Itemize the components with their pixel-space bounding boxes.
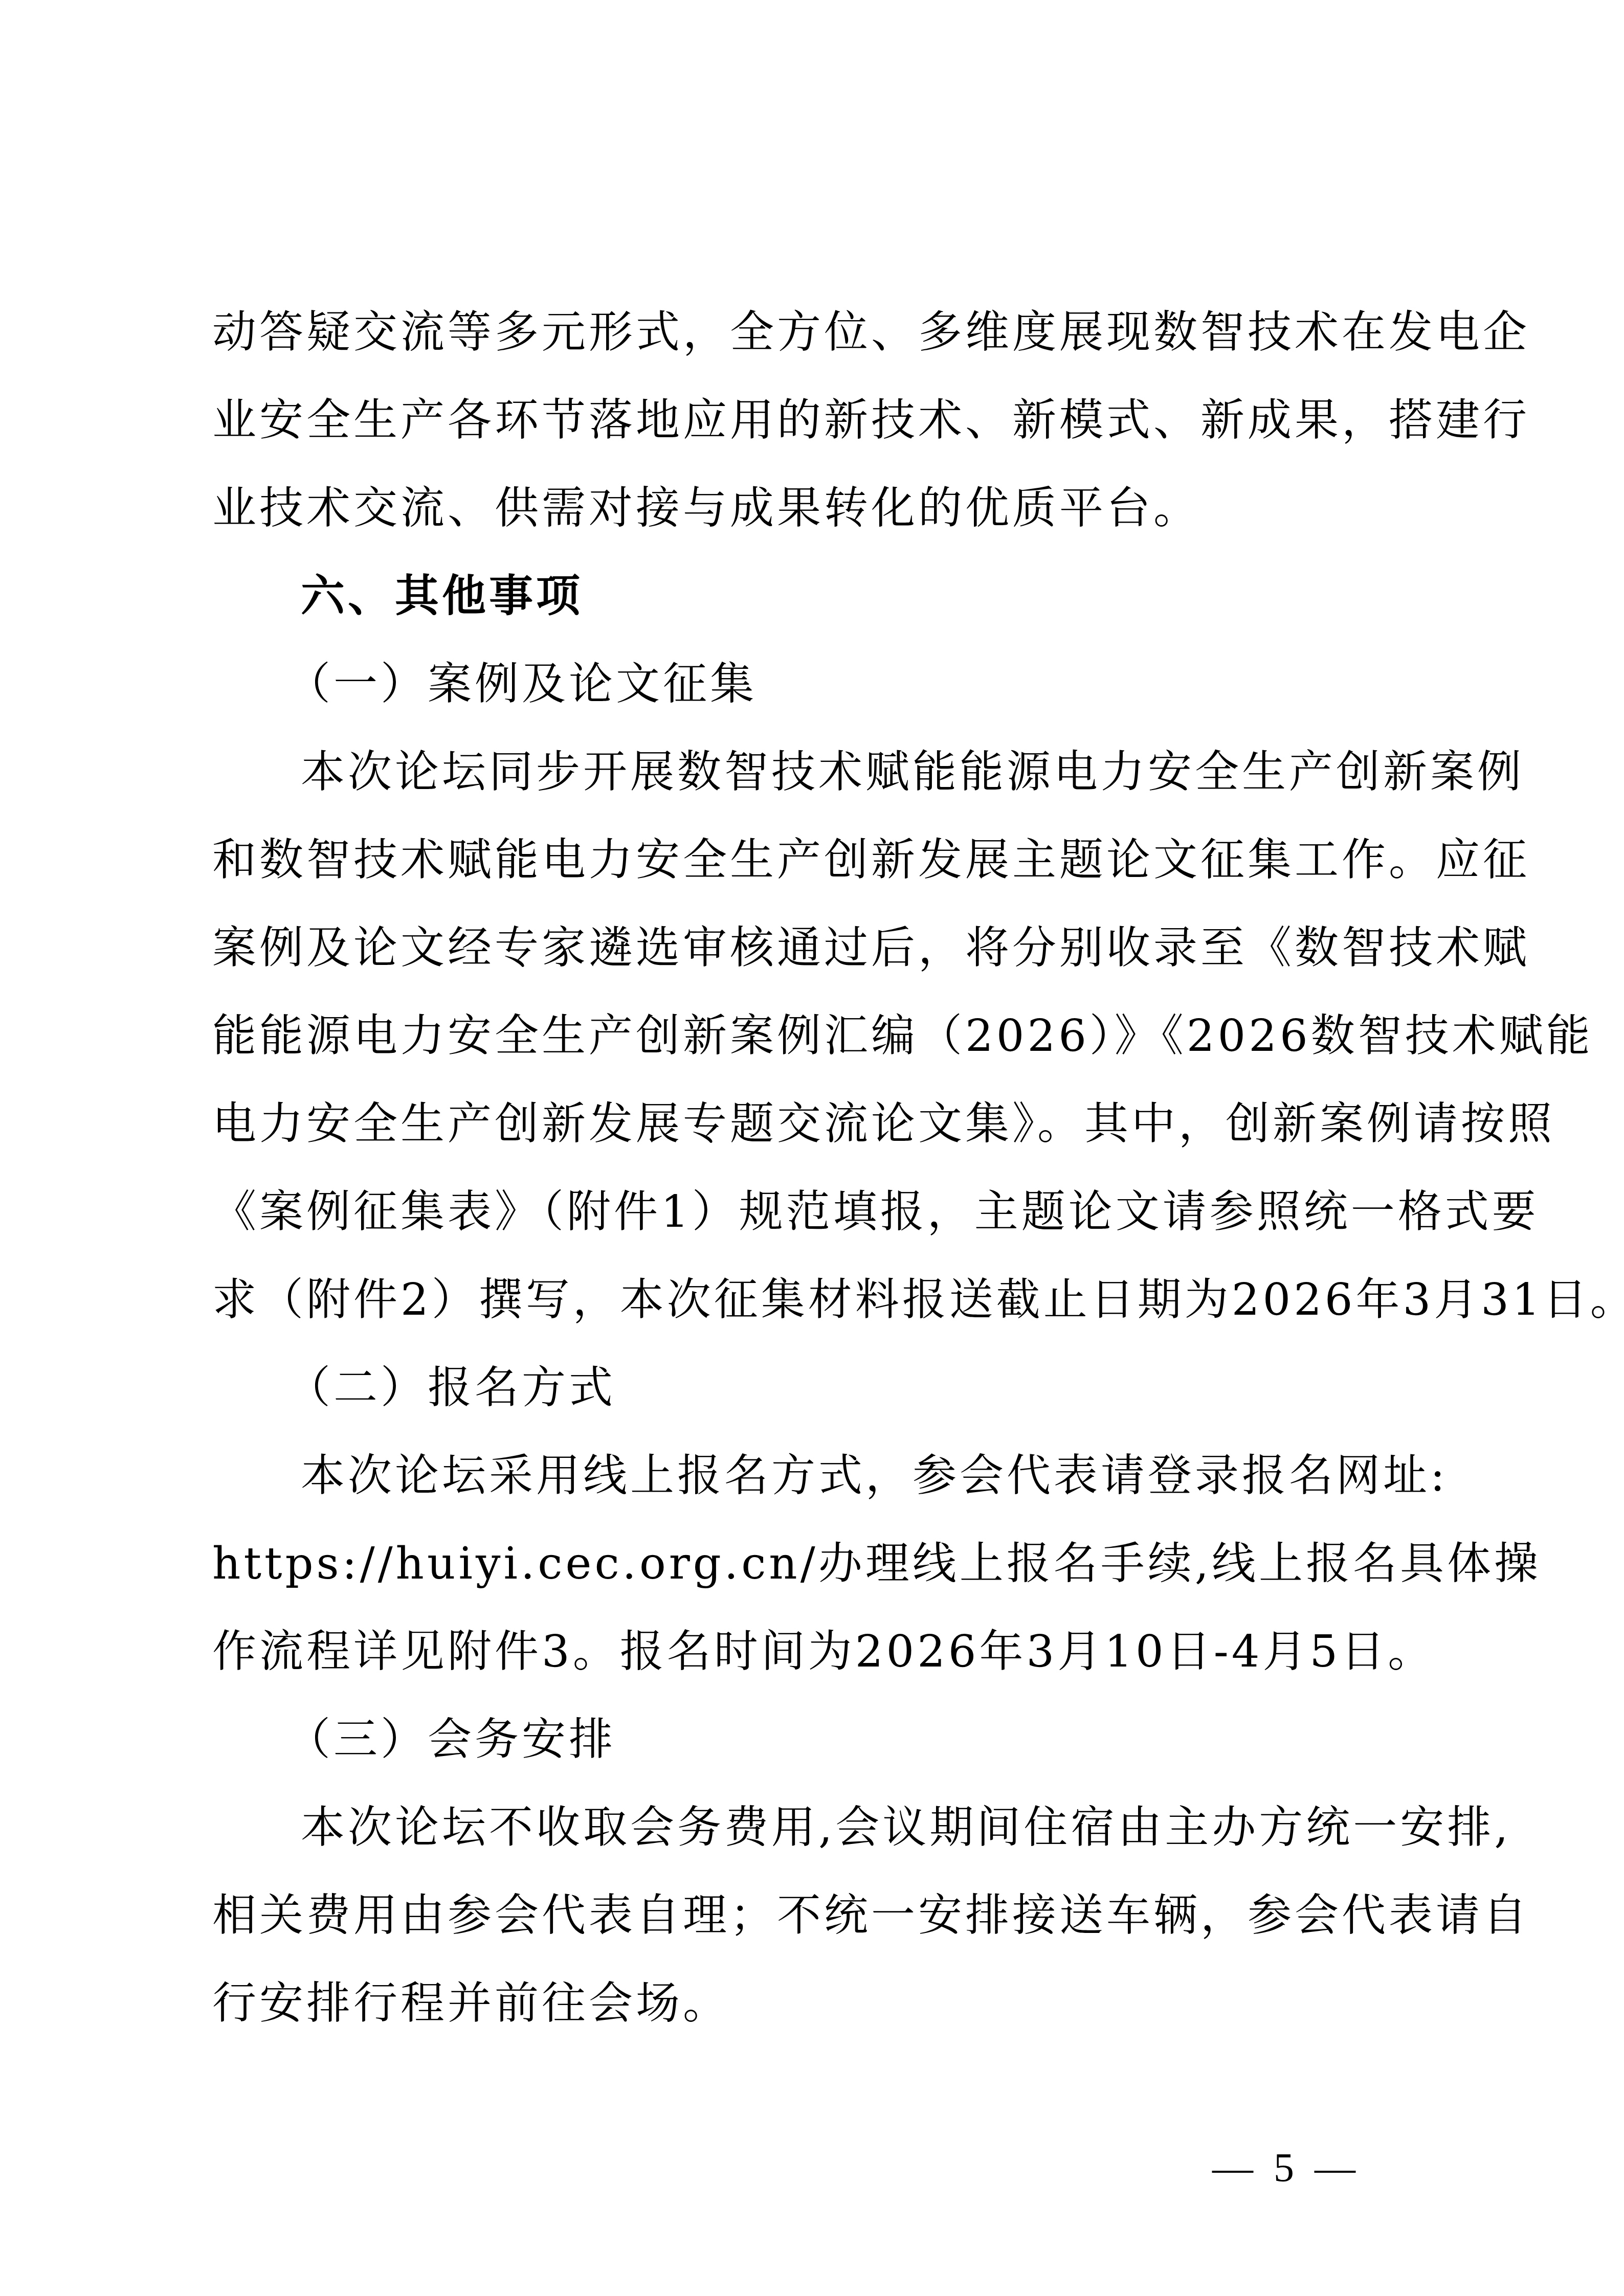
paragraph-line: 本次论坛同步开展数智技术赋能能源电力安全生产创新案例 xyxy=(301,747,1419,798)
paragraph-line: 能能源电力安全生产创新案例汇编（2026）》《2026数智技术赋能 xyxy=(212,1010,1419,1062)
registration-url-line[interactable]: https://huiyi.cec.org.cn/办理线上报名手续,线上报名具体… xyxy=(212,1538,1419,1589)
paragraph-line: 电力安全生产创新发展专题交流论文集》。其中，创新案例请按照 xyxy=(212,1098,1419,1150)
paragraph-line: 业安全生产各环节落地应用的新技术、新模式、新成果，搭建行 xyxy=(212,395,1419,446)
page-number: — 5 — xyxy=(1212,2143,1361,2194)
paragraph-line: 行安排行程并前往会场。 xyxy=(212,1978,1419,2029)
paragraph-line: 作流程详见附件3。报名时间为2026年3月10日-4月5日。 xyxy=(212,1626,1419,1677)
subsection-heading: （一）案例及论文征集 xyxy=(286,659,1405,710)
paragraph-line: 和数智技术赋能电力安全生产创新发展主题论文征集工作。应征 xyxy=(212,835,1419,886)
subsection-heading: （三）会务安排 xyxy=(286,1714,1405,1765)
subsection-heading: （二）报名方式 xyxy=(286,1362,1405,1413)
paragraph-line: 求（附件2）撰写，本次征集材料报送截止日期为2026年3月31日。 xyxy=(212,1274,1419,1325)
section-heading: 六、其他事项 xyxy=(301,571,1419,622)
paragraph-line: 本次论坛不收取会务费用,会议期间住宿由主办方统一安排, xyxy=(301,1802,1419,1853)
paragraph-line: 相关费用由参会代表自理；不统一安排接送车辆，参会代表请自 xyxy=(212,1890,1419,1941)
paragraph-line: 《案例征集表》（附件1）规范填报，主题论文请参照统一格式要 xyxy=(212,1186,1419,1237)
paragraph-line: 本次论坛采用线上报名方式，参会代表请登录报名网址: xyxy=(301,1450,1419,1501)
paragraph-line: 案例及论文经专家遴选审核通过后，将分别收录至《数智技术赋 xyxy=(212,922,1419,974)
paragraph-line: 业技术交流、供需对接与成果转化的优质平台。 xyxy=(212,483,1419,534)
paragraph-line: 动答疑交流等多元形式，全方位、多维度展现数智技术在发电企 xyxy=(212,307,1419,358)
